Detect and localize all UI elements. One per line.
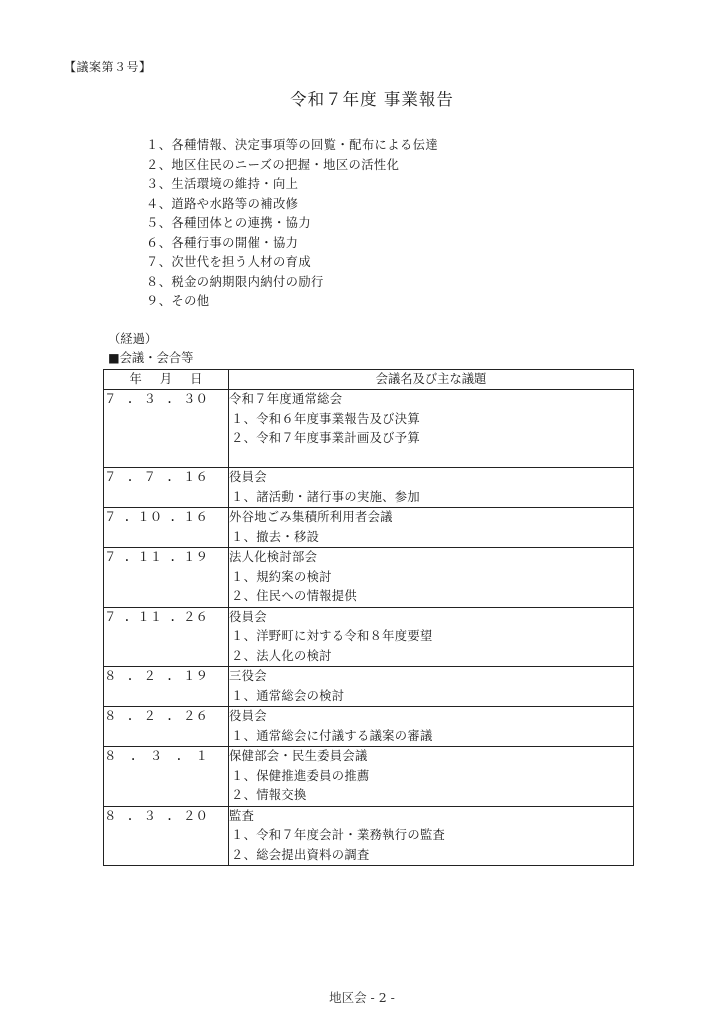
plan-item: ９、その他 [146,292,438,312]
table-row: ８.２.２６役員会１、通常総会に付議する議案の審議 [104,707,634,747]
date-part: . [126,390,134,407]
table-row: ７.１１.１９法人化検討部会１、規約案の検討２、住民への情報提供 [104,548,634,608]
meeting-name: 役員会 [229,608,633,628]
meeting-topic: ２、法人化の検討 [229,647,633,667]
progress-label: （経過） [108,329,157,347]
plan-item: ４、道路や水路等の補改修 [146,195,438,215]
date-part: ７ [104,468,117,485]
date-part: ７ [143,468,156,485]
meeting-topic: ２、情報交換 [229,786,633,806]
plan-list: １、各種情報、決定事項等の回覧・配布による伝達 ２、地区住民のニーズの把握・地区… [146,136,438,312]
year-label: 年 [130,370,142,389]
meeting-topic: １、撤去・移設 [229,528,633,548]
date-part: ２６ [183,707,208,724]
table-row: ８.３.２０監査１、令和７年度会計・業務執行の監査２、総会提出資料の調査 [104,806,634,866]
date-part: ７ [104,608,117,625]
date-part: ８ [104,747,117,764]
table-row: ８.２.１９三役会１、通常総会の検討 [104,667,634,707]
meeting-topic: １、洋野町に対する令和８年度要望 [229,627,633,647]
date-part: . [169,508,177,525]
date-part: ７ [104,390,117,407]
meeting-date: ８.３.２０ [104,806,229,866]
date-part: . [166,807,174,824]
date-part: １９ [183,548,208,565]
date-part: ７ [104,508,117,525]
meeting-date: ７.３.３０ [104,390,229,468]
meeting-name: 法人化検討部会 [229,548,633,568]
meeting-date: ７.１０.１６ [104,508,229,548]
meeting-details: 三役会１、通常総会の検討 [229,667,634,707]
table-row: ７.３.３０令和７年度通常総会１、令和６年度事業報告及び決算２、令和７年度事業計… [104,390,634,468]
meeting-details: 令和７年度通常総会１、令和６年度事業報告及び決算２、令和７年度事業計画及び予算 [229,390,634,468]
page-footer: 地区会 - 2 - [0,988,724,1006]
date-part: . [175,747,183,764]
date-part: . [166,667,174,684]
meeting-topic: １、規約案の検討 [229,568,633,588]
meeting-topic: １、令和７年度会計・業務執行の監査 [229,826,633,846]
meeting-name: 役員会 [229,707,633,727]
plan-item: ２、地区住民のニーズの把握・地区の活性化 [146,156,438,176]
date-part: . [126,707,134,724]
meeting-details: 外谷地ごみ集積所利用者会議１、撤去・移設 [229,508,634,548]
plan-item: ６、各種行事の開催・協力 [146,234,438,254]
date-part: １ [195,747,208,764]
table-row: ７.７.１６役員会１、諸活動・諸行事の実施、参加 [104,468,634,508]
date-part: . [126,807,134,824]
meeting-date: ７.１１.１９ [104,548,229,608]
date-column-header: 年月日 [104,370,229,390]
meeting-details: 役員会１、諸活動・諸行事の実施、参加 [229,468,634,508]
date-part: ２０ [183,807,208,824]
date-part: . [126,667,134,684]
meeting-date: ８.２.１９ [104,667,229,707]
meeting-topic: １、諸活動・諸行事の実施、参加 [229,488,633,508]
date-part: ３ [143,807,156,824]
date-part: . [123,548,131,565]
table-header-row: 年月日 会議名及び主な議題 [104,370,634,390]
date-part: ８ [104,707,117,724]
date-part: １６ [183,508,208,525]
meeting-name: 令和７年度通常総会 [229,390,633,410]
date-part: . [166,707,174,724]
table-row: ７.１０.１６外谷地ごみ集積所利用者会議１、撤去・移設 [104,508,634,548]
meeting-details: 保健部会・民生委員会議１、保健推進委員の推薦２、情報交換 [229,747,634,807]
date-part: . [166,468,174,485]
meeting-name: 三役会 [229,667,633,687]
meeting-name: 役員会 [229,468,633,488]
date-part: ３ [143,390,156,407]
date-part: １０ [137,508,162,525]
date-part: １９ [183,667,208,684]
agenda-number: 【議案第３号】 [64,58,152,75]
plan-item: １、各種情報、決定事項等の回覧・配布による伝達 [146,136,438,156]
meeting-date: ８.２.２６ [104,707,229,747]
date-part: . [123,508,131,525]
plan-item: ８、税金の納期限内納付の励行 [146,273,438,293]
date-part: ２ [143,707,156,724]
meeting-topic: １、保健推進委員の推薦 [229,767,633,787]
meeting-details: 役員会１、洋野町に対する令和８年度要望２、法人化の検討 [229,607,634,667]
meeting-name: 外谷地ごみ集積所利用者会議 [229,508,633,528]
meeting-topic: １、通常総会に付議する議案の審議 [229,727,633,747]
date-part: ２ [143,667,156,684]
date-part: ８ [104,667,117,684]
date-part: ７ [104,548,117,565]
date-part: ３ [150,747,163,764]
plan-item: ５、各種団体との連携・協力 [146,214,438,234]
meeting-topic: ２、令和７年度事業計画及び予算 [229,429,633,449]
table-row: ８.３.１保健部会・民生委員会議１、保健推進委員の推薦２、情報交換 [104,747,634,807]
meeting-date: ８.３.１ [104,747,229,807]
meeting-details: 役員会１、通常総会に付議する議案の審議 [229,707,634,747]
content-column-header: 会議名及び主な議題 [229,370,634,390]
date-part: ２６ [183,608,208,625]
date-part: . [166,390,174,407]
plan-item: ７、次世代を担う人材の育成 [146,253,438,273]
meeting-date: ７.１１.２６ [104,607,229,667]
date-part: . [129,747,137,764]
meetings-table: 年月日 会議名及び主な議題 ７.３.３０令和７年度通常総会１、令和６年度事業報告… [103,369,634,866]
meeting-date: ７.７.１６ [104,468,229,508]
meeting-topic: ２、総会提出資料の調査 [229,846,633,866]
meeting-name: 保健部会・民生委員会議 [229,747,633,767]
page-title: 令和７年度 事業報告 [0,86,724,110]
date-part: １６ [183,468,208,485]
meeting-name: 監査 [229,807,633,827]
date-part: １１ [137,548,162,565]
date-part: . [126,468,134,485]
date-part: ３０ [183,390,208,407]
meeting-topic: １、令和６年度事業報告及び決算 [229,410,633,430]
table-row: ７.１１.２６役員会１、洋野町に対する令和８年度要望２、法人化の検討 [104,607,634,667]
section-title: ■会議・会合等 [108,348,193,366]
date-part: １１ [137,608,162,625]
date-part: . [123,608,131,625]
meeting-details: 法人化検討部会１、規約案の検討２、住民への情報提供 [229,548,634,608]
meeting-details: 監査１、令和７年度会計・業務執行の監査２、総会提出資料の調査 [229,806,634,866]
day-label: 日 [190,370,202,389]
meeting-topic: １、通常総会の検討 [229,687,633,707]
date-part: . [169,608,177,625]
plan-item: ３、生活環境の維持・向上 [146,175,438,195]
month-label: 月 [160,370,172,389]
date-part: . [169,548,177,565]
date-part: ８ [104,807,117,824]
meeting-topic: ２、住民への情報提供 [229,587,633,607]
